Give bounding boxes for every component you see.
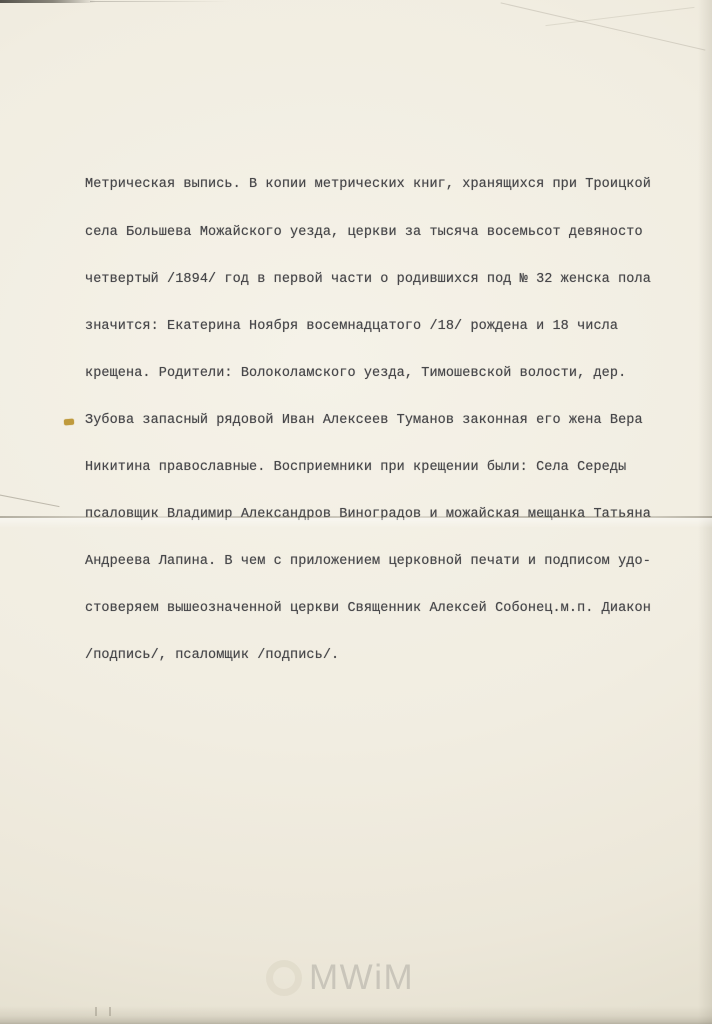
text-line: Метрическая выпись. В копии метрических … — [85, 177, 660, 193]
scan-edge-bottom-shadow — [0, 1006, 712, 1024]
text-line: крещена. Родители: Волоколамского уезда,… — [85, 366, 660, 382]
text-line: стоверяем вышеозначенной церкви Священни… — [85, 601, 660, 617]
text-line: села Большева Можайского уезда, церкви з… — [85, 225, 660, 241]
watermark-text: MWiM — [309, 960, 414, 996]
watermark: MWiM — [266, 960, 414, 996]
text-line: /подпись/, псаломщик /подпись/. — [85, 648, 660, 664]
scan-edge-right-shade — [698, 0, 712, 1024]
text-line: Никитина православные. Восприемники при … — [85, 460, 660, 476]
text-line: значится: Екатерина Ноября восемнадцатог… — [85, 319, 660, 335]
paper-crease-left-edge — [0, 494, 60, 507]
typewritten-text-block: Метрическая выпись. В копии метрических … — [85, 146, 660, 695]
paper-crease-top-right-2 — [545, 7, 694, 26]
document-page: Метрическая выпись. В копии метрических … — [0, 0, 712, 1024]
scan-edge-top-artifact — [0, 0, 96, 3]
fold-crease-highlight — [0, 518, 712, 528]
scan-edge-top-faint-line — [90, 1, 230, 2]
watermark-circle-icon — [266, 960, 302, 996]
text-line: Зубова запасный рядовой Иван Алексеев Ту… — [85, 413, 660, 429]
yellow-stain — [64, 419, 74, 426]
text-line: четвертый /1894/ год в первой части о ро… — [85, 272, 660, 288]
text-line: Андреева Лапина. В чем с приложением цер… — [85, 554, 660, 570]
